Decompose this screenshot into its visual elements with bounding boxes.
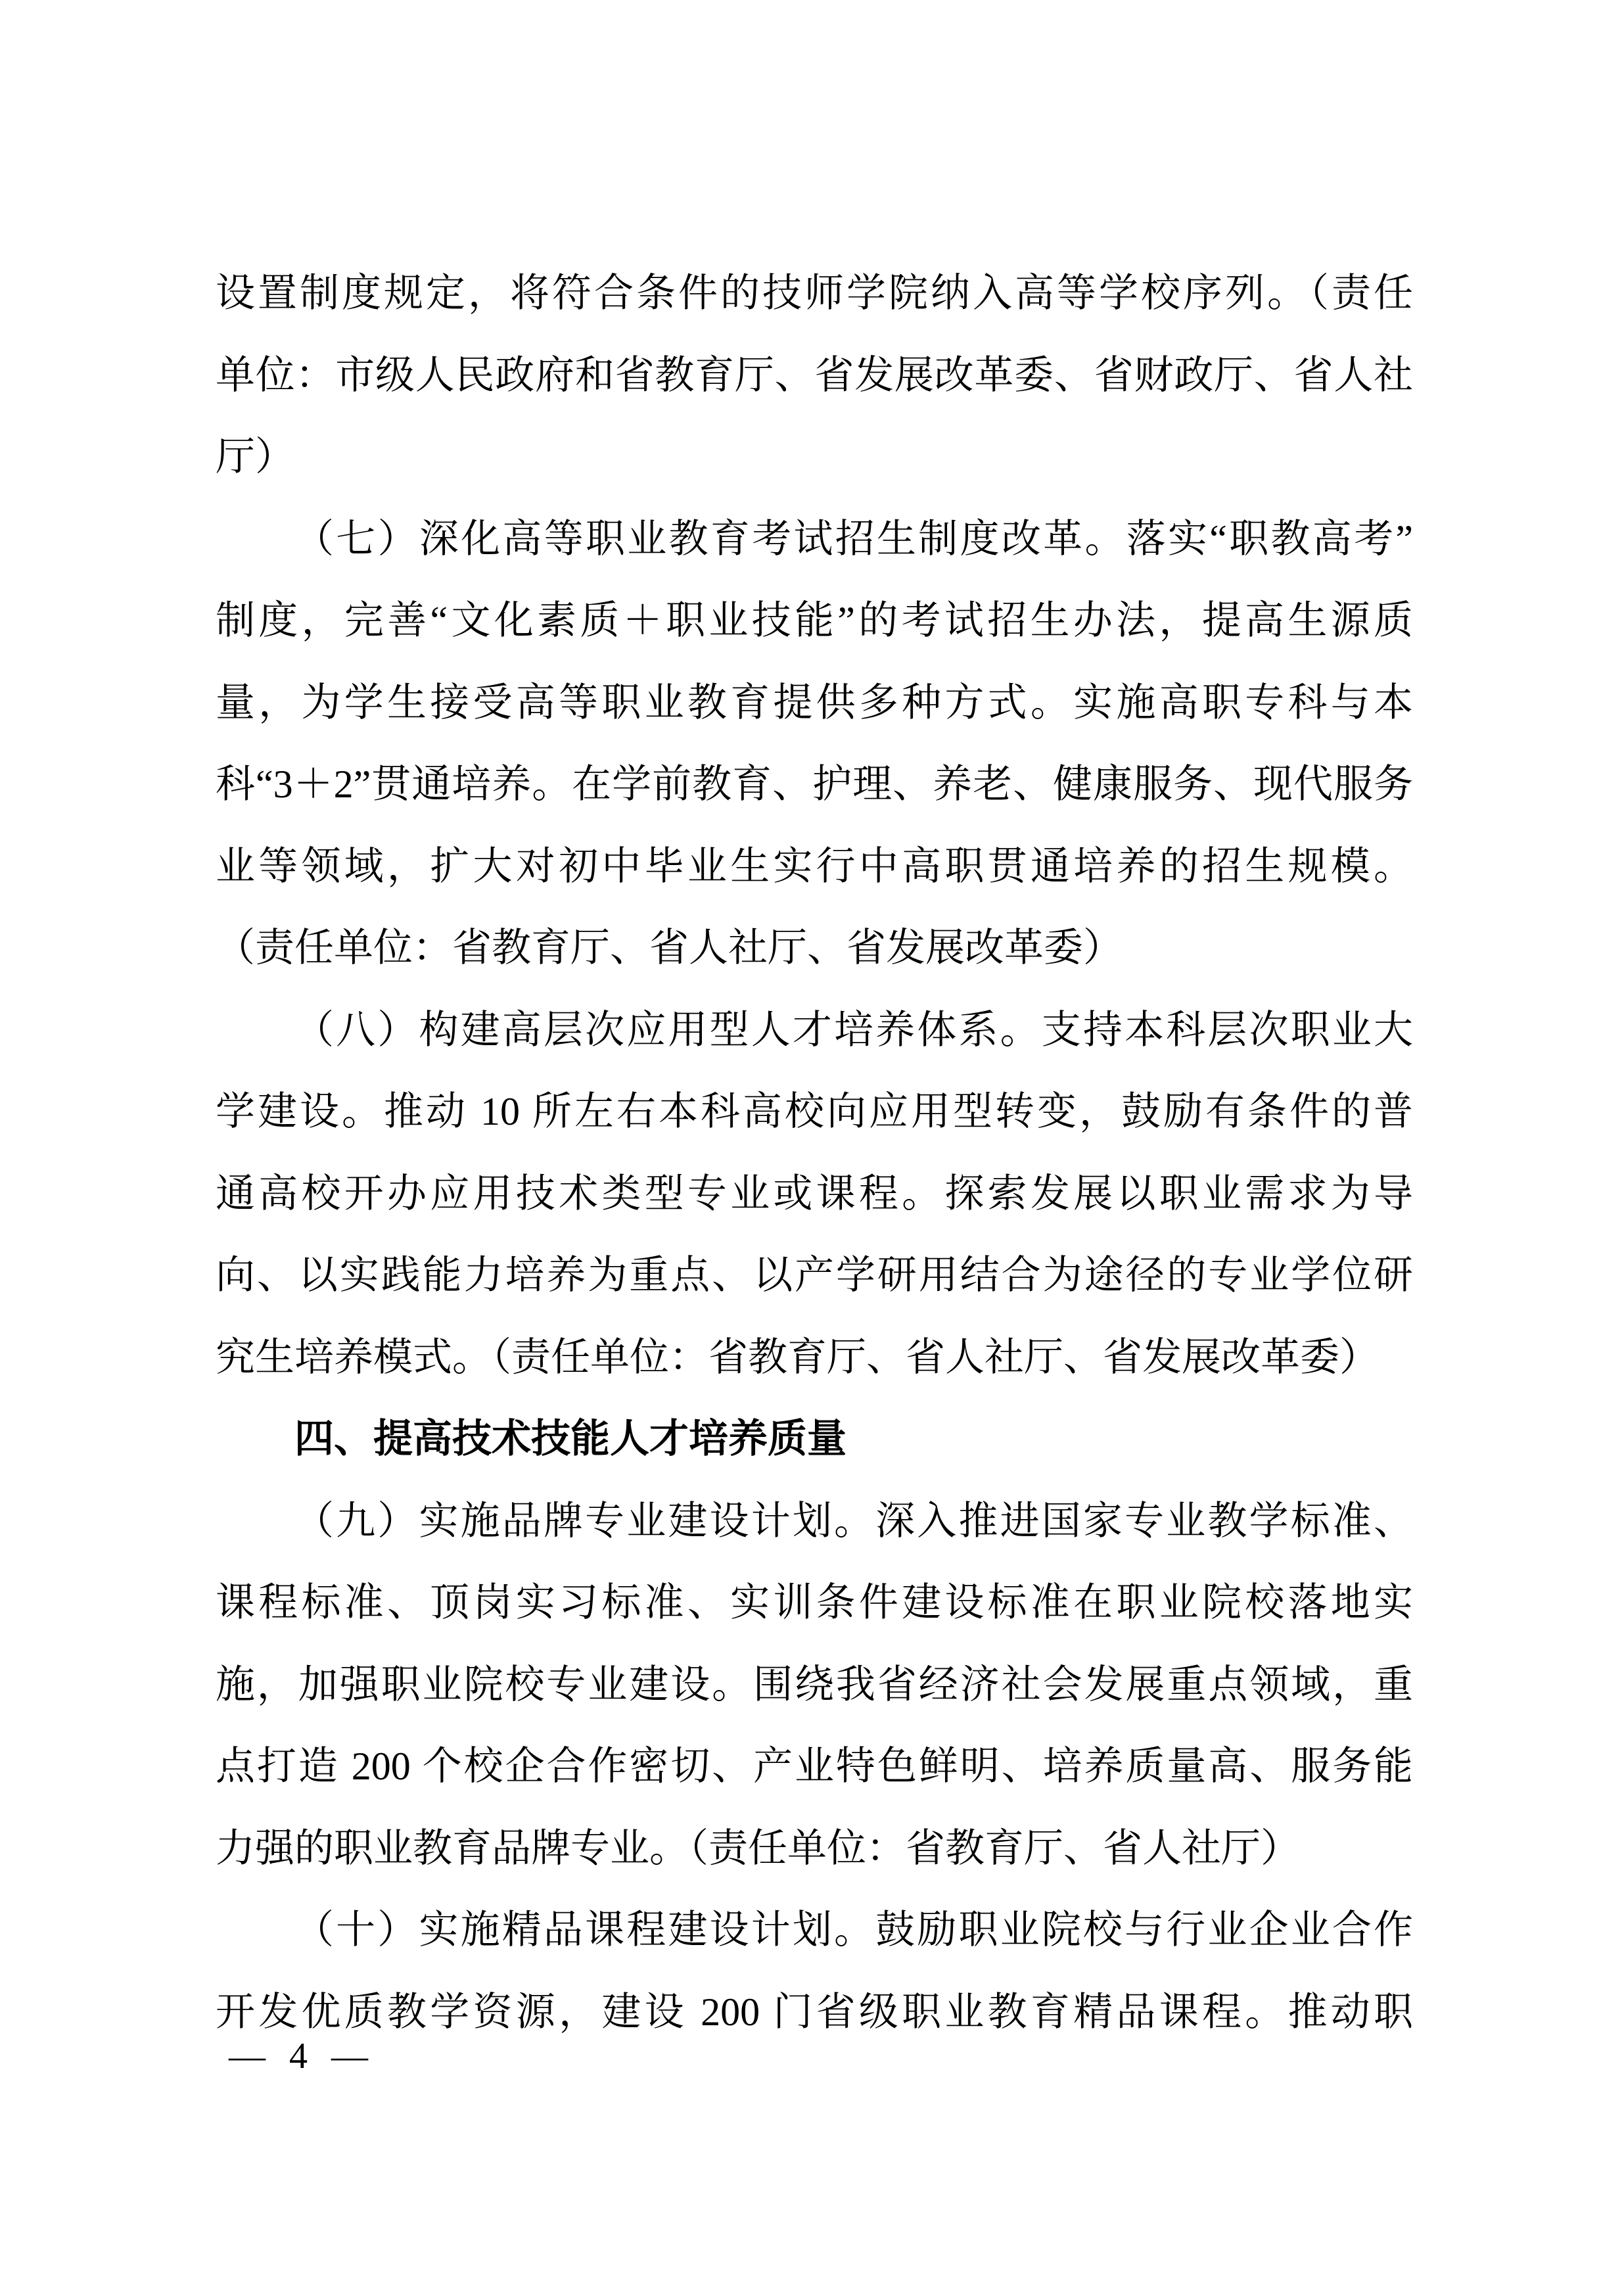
text-line: 向、以实践能力培养为重点、以产学研用结合为途径的专业学位研: [216, 1234, 1413, 1317]
text-line: 课程标准、顶岗实习标准、实训条件建设标准在职业院校落地实: [216, 1562, 1413, 1644]
text-line: 力强的职业教育品牌专业。（责任单位：省教育厅、省人社厅）: [216, 1808, 1413, 1890]
text-line: 究生培养模式。（责任单位：省教育厅、省人社厅、省发展改革委）: [216, 1317, 1413, 1399]
text-line: （责任单位：省教育厅、省人社厅、省发展改革委）: [216, 907, 1413, 989]
text-line: 施，加强职业院校专业建设。围绕我省经济社会发展重点领域，重: [216, 1644, 1413, 1726]
text-line: 学建设。推动 10 所左右本科高校向应用型转变，鼓励有条件的普: [216, 1071, 1413, 1153]
document-body: 设置制度规定，将符合条件的技师学院纳入高等学校序列。（责任 单位：市级人民政府和…: [216, 252, 1413, 2053]
text-line: 量，为学生接受高等职业教育提供多种方式。实施高职专科与本: [216, 662, 1413, 744]
text-line: （十）实施精品课程建设计划。鼓励职业院校与行业企业合作: [216, 1889, 1413, 1971]
page-number: — 4 —: [229, 2035, 369, 2077]
text-line: （八）构建高层次应用型人才培养体系。支持本科层次职业大: [216, 989, 1413, 1071]
text-line: 厅）: [216, 416, 1413, 498]
text-line: 设置制度规定，将符合条件的技师学院纳入高等学校序列。（责任: [216, 252, 1413, 335]
text-line: 通高校开办应用技术类型专业或课程。探索发展以职业需求为导: [216, 1153, 1413, 1235]
text-line: （九）实施品牌专业建设计划。深入推进国家专业教学标准、: [216, 1480, 1413, 1562]
section-heading: 四、提高技术技能人才培养质量: [216, 1398, 1413, 1480]
text-line: 点打造 200 个校企合作密切、产业特色鲜明、培养质量高、服务能: [216, 1725, 1413, 1808]
text-line: 制度，完善“文化素质＋职业技能”的考试招生办法，提高生源质: [216, 580, 1413, 662]
text-line: 业等领域，扩大对初中毕业生实行中高职贯通培养的招生规模。: [216, 826, 1413, 908]
text-line: 开发优质教学资源，建设 200 门省级职业教育精品课程。推动职: [216, 1971, 1413, 2054]
text-line: 科“3＋2”贯通培养。在学前教育、护理、养老、健康服务、现代服务: [216, 743, 1413, 826]
text-line: （七）深化高等职业教育考试招生制度改革。落实“职教高考”: [216, 498, 1413, 580]
text-line: 单位：市级人民政府和省教育厅、省发展改革委、省财政厅、省人社: [216, 335, 1413, 417]
document-page: 设置制度规定，将符合条件的技师学院纳入高等学校序列。（责任 单位：市级人民政府和…: [0, 0, 1624, 2277]
